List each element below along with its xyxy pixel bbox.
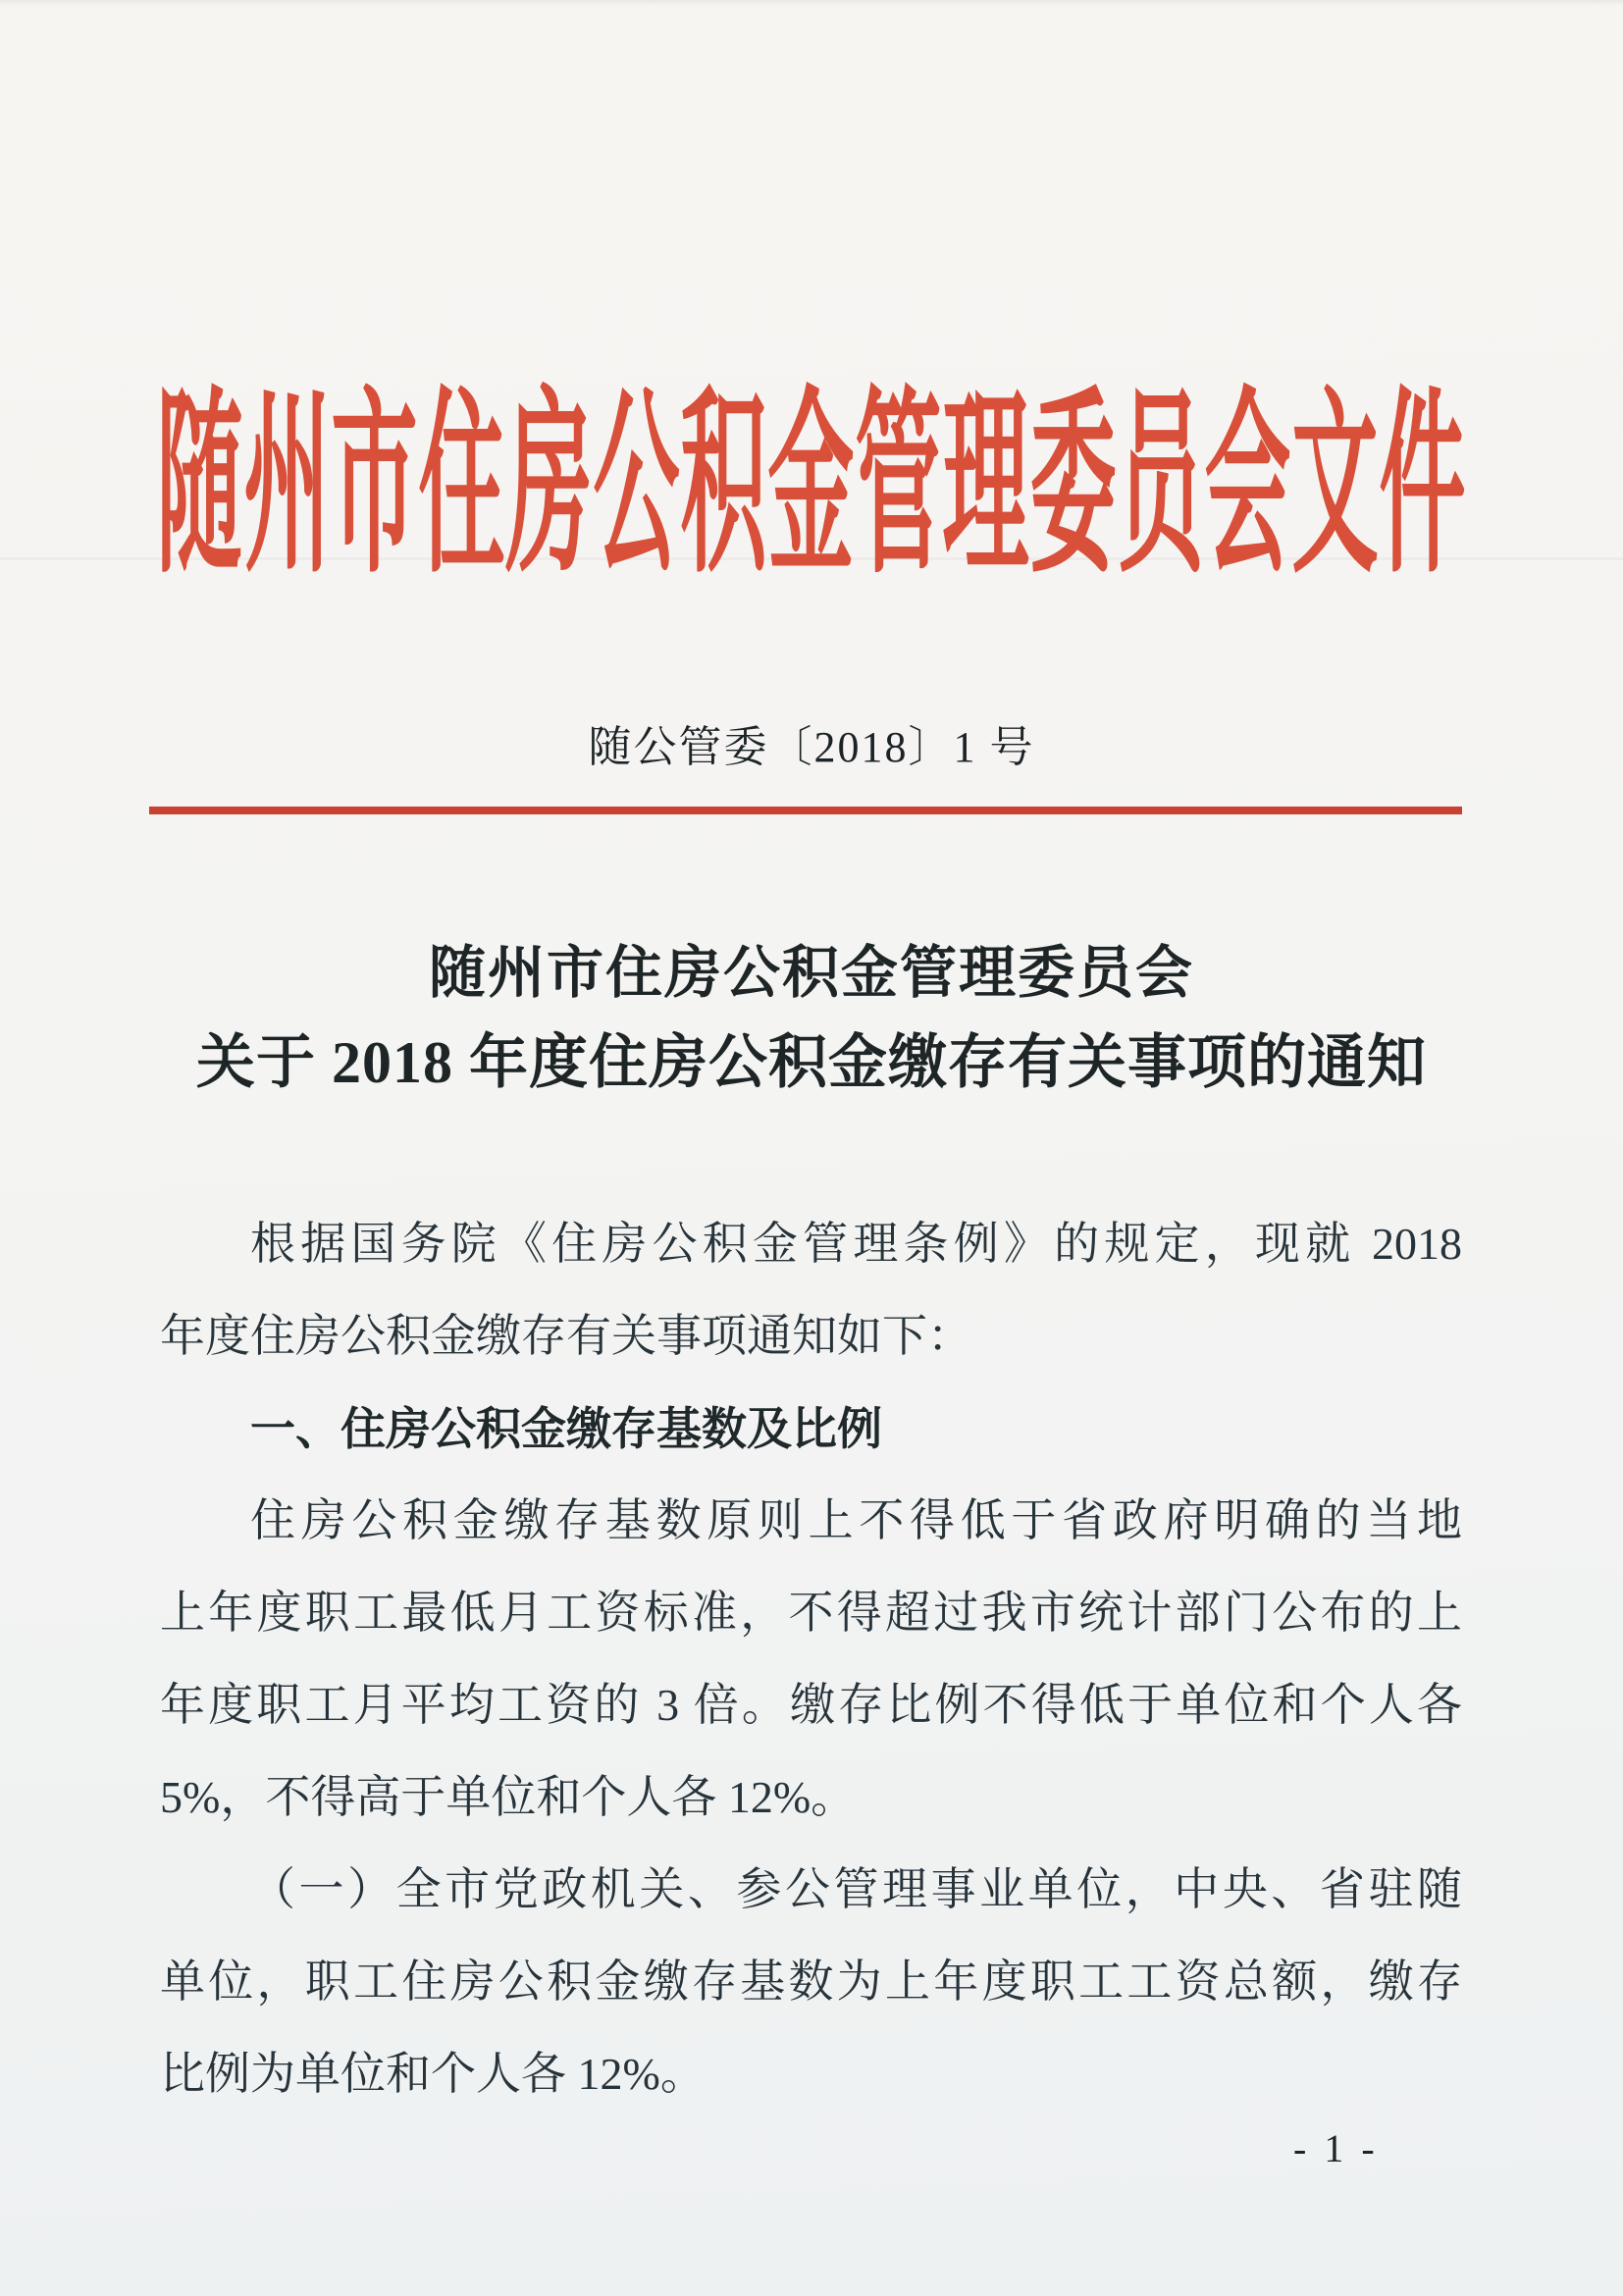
body-text-line: 上年度职工最低月工资标准，不得超过我市统计部门公布的上 bbox=[160, 1567, 1462, 1659]
body-text-line: 5%，不得高于单位和个人各 12%。 bbox=[160, 1751, 1462, 1844]
document-number: 随公管委〔2018〕1 号 bbox=[0, 724, 1623, 771]
red-masthead-title: 随州市住房公积金管理委员会文件 bbox=[0, 391, 1623, 589]
scanned-official-document-page: 随州市住房公积金管理委员会文件 随公管委〔2018〕1 号 随州市住房公积金管理… bbox=[0, 0, 1623, 2296]
body-text-line: 比例为单位和个人各 12%。 bbox=[160, 2028, 1462, 2120]
body-text-line: 住房公积金缴存基数原则上不得低于省政府明确的当地 bbox=[160, 1475, 1462, 1567]
page-number: - 1 - bbox=[1293, 2127, 1379, 2170]
notice-body: 根据国务院《住房公积金管理条例》的规定，现就 2018 年度住房公积金缴存有关事… bbox=[160, 1198, 1462, 2120]
body-text-line: 年度住房公积金缴存有关事项通知如下： bbox=[160, 1290, 1462, 1383]
body-text-line: （一）全市党政机关、参公管理事业单位，中央、省驻随 bbox=[160, 1844, 1462, 1936]
body-text-line: 年度职工月平均工资的 3 倍。缴存比例不得低于单位和个人各 bbox=[160, 1659, 1462, 1751]
notice-title-subject: 关于 2018 年度住房公积金缴存有关事项的通知 bbox=[79, 1032, 1544, 1093]
notice-title-organization: 随州市住房公积金管理委员会 bbox=[79, 944, 1544, 1003]
red-separator-line bbox=[149, 807, 1462, 814]
scan-top-edge-shadow bbox=[0, 0, 1623, 6]
section-heading: 一、住房公积金缴存基数及比例 bbox=[160, 1383, 1462, 1475]
body-text-line: 单位，职工住房公积金缴存基数为上年度职工工资总额，缴存 bbox=[160, 1936, 1462, 2028]
body-text-line: 根据国务院《住房公积金管理条例》的规定，现就 2018 bbox=[160, 1198, 1462, 1290]
